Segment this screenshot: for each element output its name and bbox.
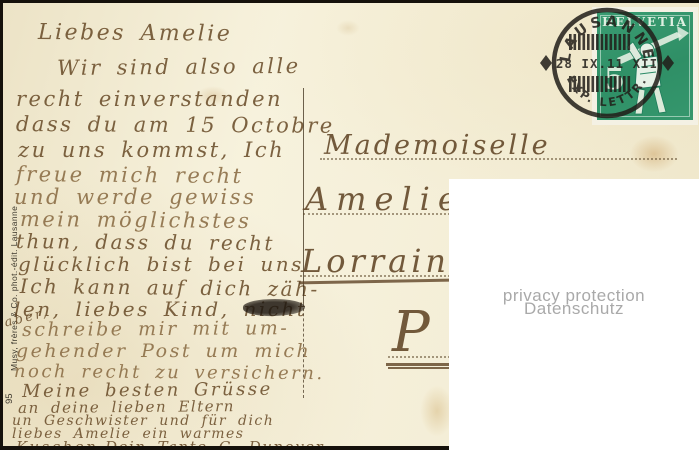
paper-stain xyxy=(630,136,678,172)
postmark-date: 28 IX.11 XII xyxy=(556,56,658,71)
message-line: glücklich bist bei uns xyxy=(18,252,304,276)
message-line: dass du am 15 Octobre xyxy=(16,112,335,138)
divider-line-dashed xyxy=(303,303,304,398)
message-line: und werde gewiss xyxy=(14,185,256,209)
card-number: 95 xyxy=(4,393,15,404)
postmark-diamond-right xyxy=(662,55,674,71)
privacy-overlay-text: privacy protection Datenschutz xyxy=(449,289,699,315)
message-line: Liebes Amelie xyxy=(38,20,233,47)
privacy-overlay: privacy protection Datenschutz xyxy=(449,179,699,450)
message-line: schreibe mir mit um- xyxy=(22,317,289,341)
postmark-diamond-left xyxy=(540,55,552,71)
address-line-3: Lorraine xyxy=(301,242,473,280)
scan-edge-left xyxy=(0,0,3,450)
message-line: zu uns kommst, Ich xyxy=(18,138,285,162)
address-line-1: Mademoiselle xyxy=(324,130,551,161)
address-underline-3 xyxy=(388,367,450,369)
message-line: gehender Post um mich xyxy=(16,340,311,362)
scan-edge-top xyxy=(0,0,699,3)
address-line-4-initial: P xyxy=(392,300,430,365)
privacy-line-2: Datenschutz xyxy=(449,302,699,315)
postcard-scan: Musy, frères & Co. phot.-édit. Lausanne … xyxy=(0,0,699,450)
postmark-stamp: LAUSANNE 28 IX.11 XII EXP. LETTR. xyxy=(537,0,677,128)
message-line: Wir sind also alle xyxy=(57,54,301,80)
address-line-2: Amelie xyxy=(305,180,465,218)
paper-stain xyxy=(336,20,360,36)
address-underline-2 xyxy=(386,363,450,366)
message-line: recht einverstanden xyxy=(16,87,283,111)
